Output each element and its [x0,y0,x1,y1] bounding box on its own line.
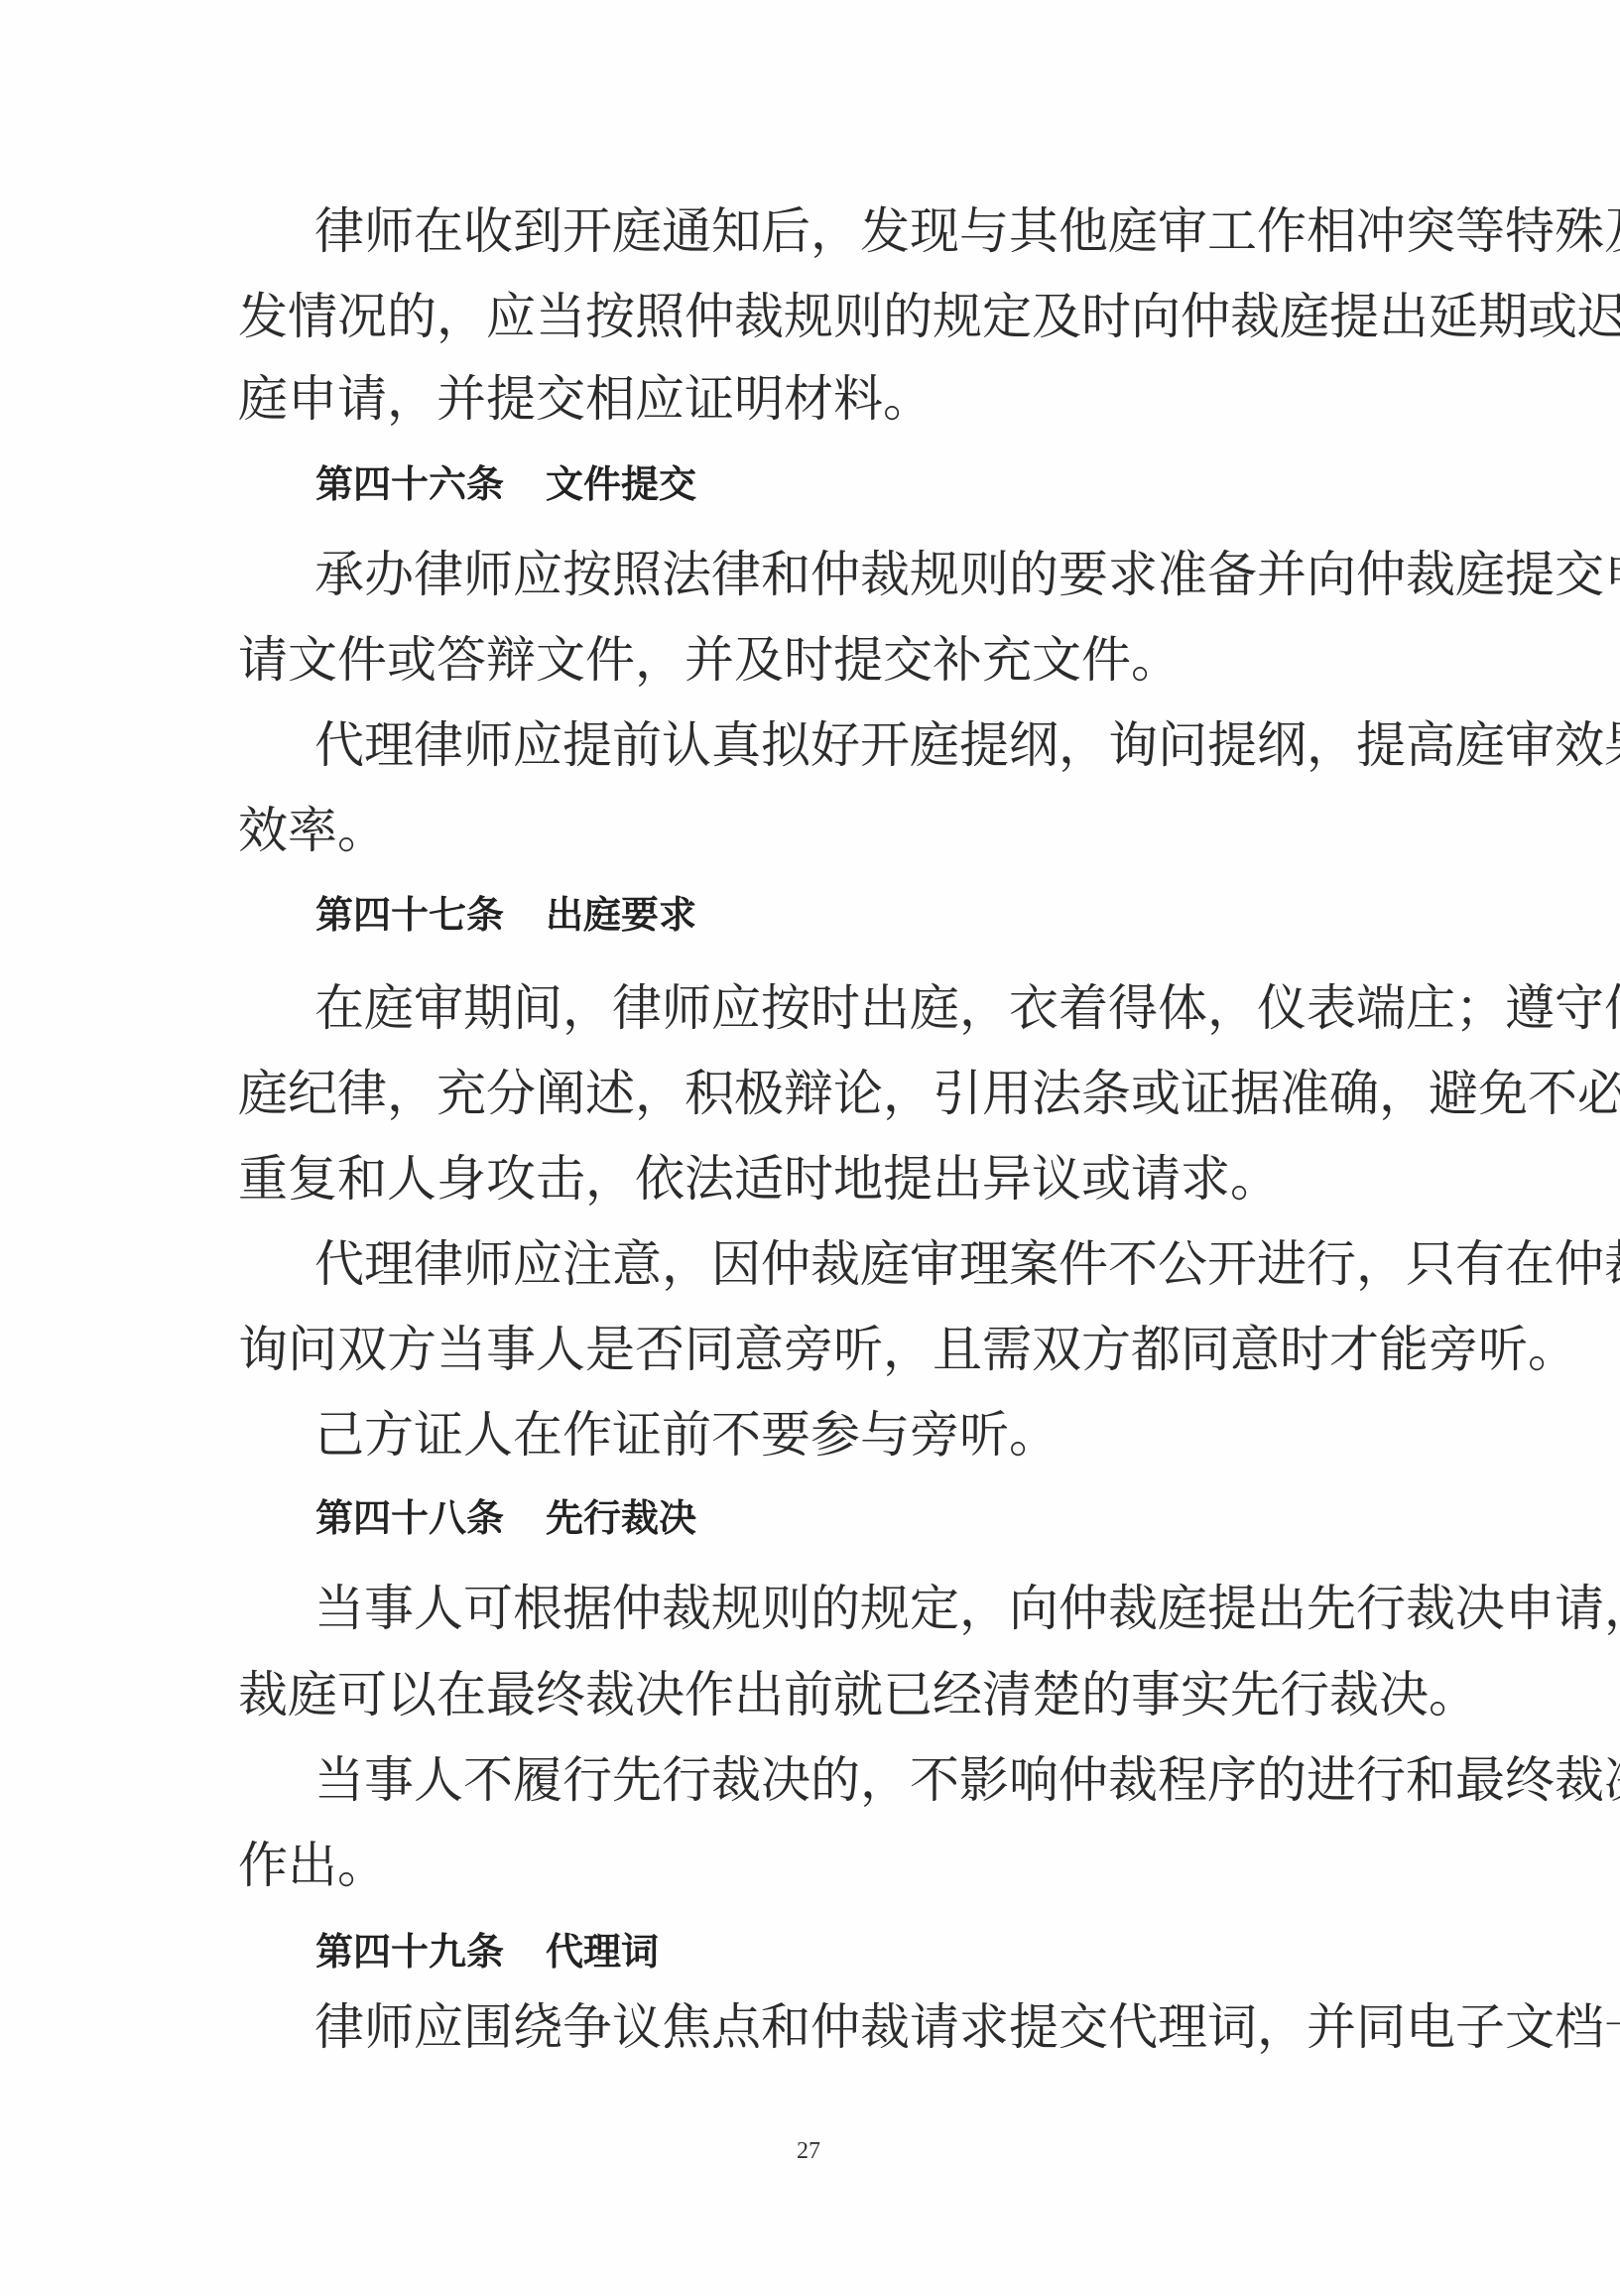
article-title: 出庭要求 [546,890,696,940]
body-text-line: 庭申请，并提交相应证明材料。 [238,369,1372,429]
article-title: 文件提交 [546,459,696,509]
article-number: 第四十九条 [315,1927,504,1977]
body-text-line: 律师应围绕争议焦点和仲裁请求提交代理词，并同电子文档一并 [314,1997,1372,2057]
body-text-line: 当事人不履行先行裁决的，不影响仲裁程序的进行和最终裁决的 [314,1750,1372,1810]
article-number: 第四十七条 [315,890,504,940]
article-heading-46: 第四十六条文件提交 [315,459,696,509]
article-number: 第四十八条 [315,1493,504,1543]
document-page: 律师在收到开庭通知后，发现与其他庭审工作相冲突等特殊及突 发情况的，应当按照仲裁… [0,0,1620,2296]
body-text-line: 代理律师应注意，因仲裁庭审理案件不公开进行，只有在仲裁庭 [314,1234,1372,1294]
article-title: 先行裁决 [546,1493,696,1543]
body-text-line: 律师在收到开庭通知后，发现与其他庭审工作相冲突等特殊及突 [314,201,1372,261]
body-text-line: 效率。 [238,801,1372,860]
page-number: 27 [789,2138,828,2164]
body-text-line: 代理律师应提前认真拟好开庭提纲，询问提纲，提高庭审效果和 [314,715,1372,775]
body-text-line: 作出。 [238,1836,1372,1895]
body-text-line: 承办律师应按照法律和仲裁规则的要求准备并向仲裁庭提交申 [314,545,1372,604]
body-text-line: 请文件或答辩文件，并及时提交补充文件。 [238,630,1372,690]
body-text-line: 重复和人身攻击，依法适时地提出异议或请求。 [238,1149,1372,1209]
article-number: 第四十六条 [315,459,504,509]
body-text-line: 当事人可根据仲裁规则的规定，向仲裁庭提出先行裁决申请，仲 [314,1579,1372,1638]
body-text-line: 询问双方当事人是否同意旁听，且需双方都同意时才能旁听。 [238,1320,1372,1379]
body-text-line: 庭纪律，充分阐述，积极辩论，引用法条或证据准确，避免不必要的 [238,1064,1372,1123]
article-heading-47: 第四十七条出庭要求 [315,890,696,940]
article-title: 代理词 [546,1927,659,1977]
body-text-line: 在庭审期间，律师应按时出庭，衣着得体，仪表端庄；遵守仲裁 [314,978,1372,1038]
article-heading-48: 第四十八条先行裁决 [315,1493,696,1543]
body-text-line: 裁庭可以在最终裁决作出前就已经清楚的事实先行裁决。 [238,1665,1372,1724]
body-text-line: 发情况的，应当按照仲裁规则的规定及时向仲裁庭提出延期或迟延开 [238,287,1372,346]
body-text-line: 己方证人在作证前不要参与旁听。 [314,1405,1372,1465]
article-heading-49: 第四十九条代理词 [315,1927,659,1977]
